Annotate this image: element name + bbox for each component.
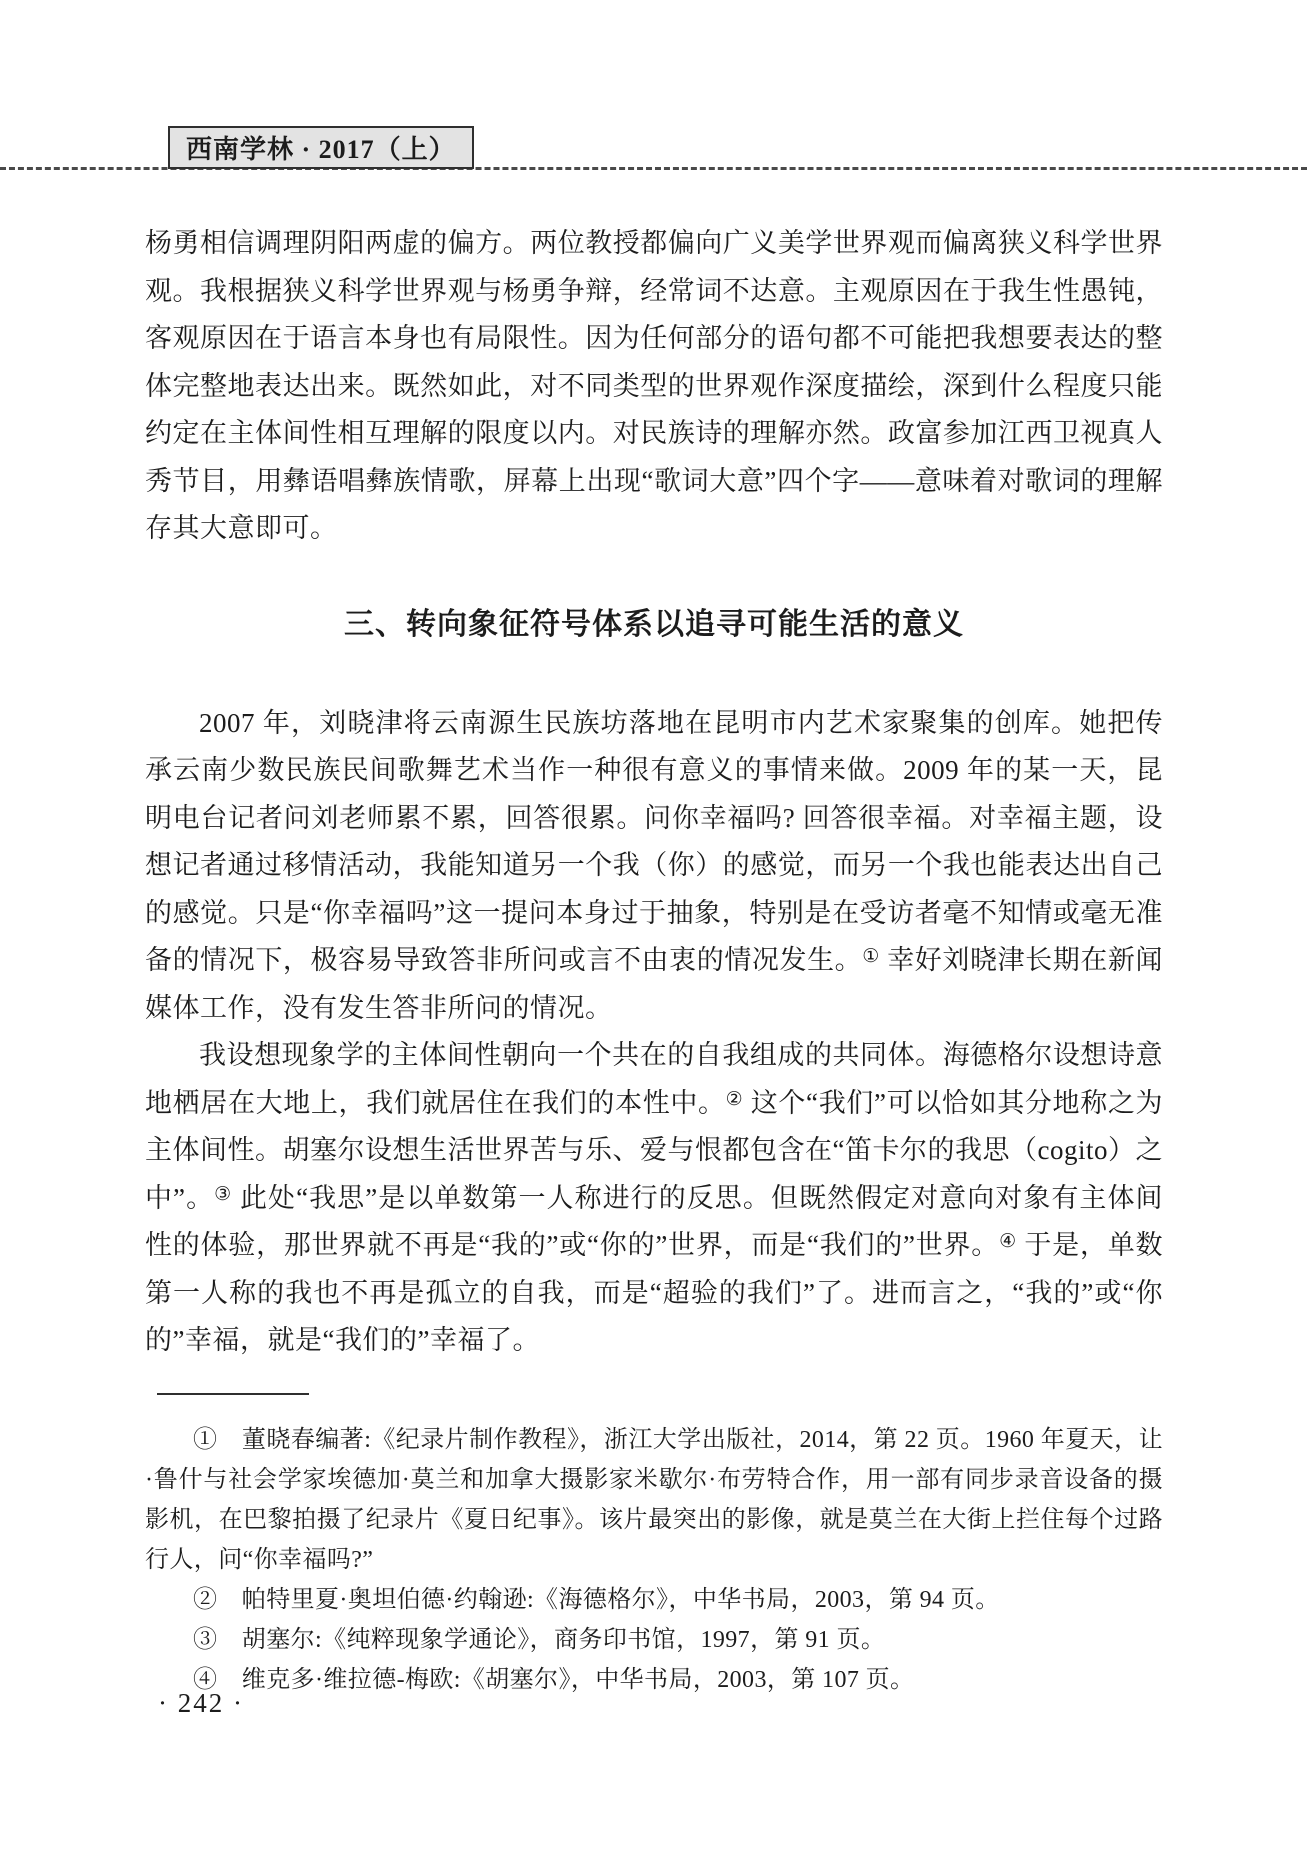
footnote-reference: ④ bbox=[999, 1231, 1017, 1252]
journal-title: 西南学林 · 2017（上） bbox=[186, 129, 456, 166]
footnote-reference: ③ bbox=[214, 1184, 232, 1205]
book-page: 西南学林 · 2017（上） 杨勇相信调理阴阳两虚的偏方。两位教授都偏向广义美学… bbox=[0, 0, 1307, 1859]
footnote-separator bbox=[157, 1393, 309, 1395]
footnote-item: ④ 维克多·维拉德-梅欧:《胡塞尔》，中华书局，2003，第 107 页。 bbox=[145, 1660, 1163, 1700]
article-body: 杨勇相信调理阴阳两虚的偏方。两位教授都偏向广义美学世界观而偏离狭义科学世界观。我… bbox=[145, 220, 1163, 1365]
footnote-item: ③ 胡塞尔:《纯粹现象学通论》，商务印书馆，1997，第 91 页。 bbox=[145, 1620, 1163, 1660]
footnote-reference: ② bbox=[726, 1089, 744, 1110]
section-heading: 三、转向象征符号体系以追寻可能生活的意义 bbox=[145, 605, 1163, 645]
paragraph-2: 2007 年，刘晓津将云南源生民族坊落地在昆明市内艺术家聚集的创库。她把传承云南… bbox=[145, 700, 1163, 1033]
paragraph-3: 我设想现象学的主体间性朝向一个共在的自我组成的共同体。海德格尔设想诗意地栖居在大… bbox=[145, 1032, 1163, 1365]
footnote-item: ② 帕特里夏·奥坦伯德·约翰逊:《海德格尔》，中华书局，2003，第 94 页。 bbox=[145, 1580, 1163, 1620]
page-number: · 242 · bbox=[158, 1688, 244, 1719]
journal-title-box: 西南学林 · 2017（上） bbox=[168, 126, 474, 169]
footnotes: ① 董晓春编著:《纪录片制作教程》，浙江大学出版社，2014，第 22 页。19… bbox=[145, 1420, 1163, 1700]
footnote-reference: ① bbox=[862, 946, 880, 967]
footnote-item: ① 董晓春编著:《纪录片制作教程》，浙江大学出版社，2014，第 22 页。19… bbox=[145, 1420, 1163, 1580]
paragraph-continuation: 杨勇相信调理阴阳两虚的偏方。两位教授都偏向广义美学世界观而偏离狭义科学世界观。我… bbox=[145, 220, 1163, 553]
